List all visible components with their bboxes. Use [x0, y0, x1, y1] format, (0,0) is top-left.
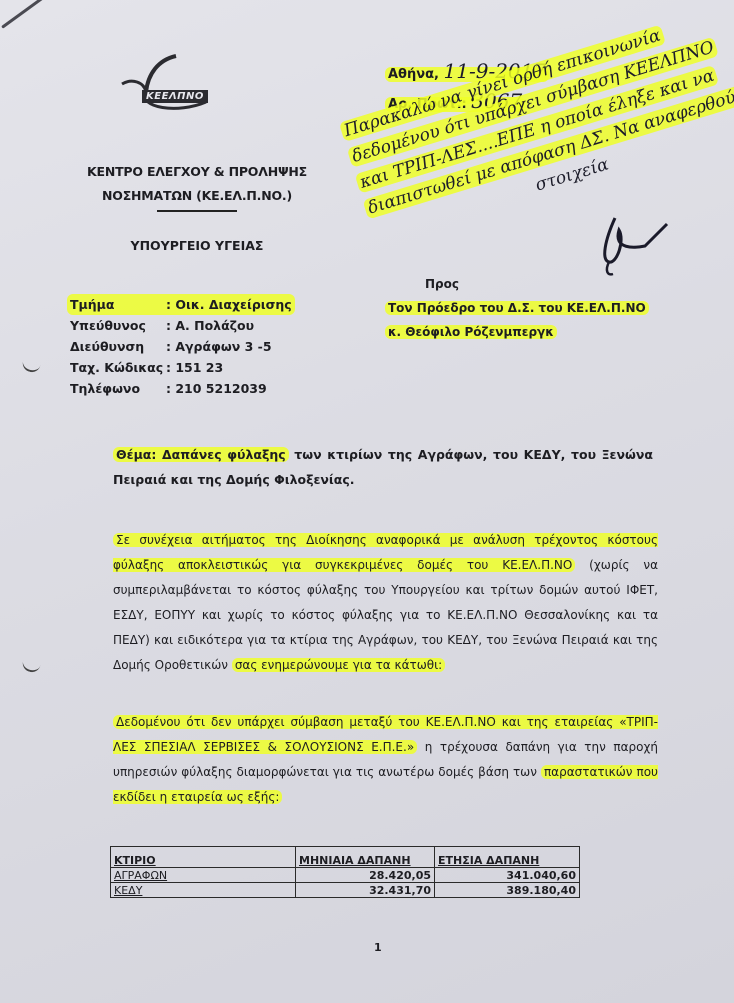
recipient-block: Προς Τον Πρόεδρο του Δ.Σ. του ΚΕ.ΕΛ.Π.ΝΟ… [385, 272, 649, 344]
logo-text: ΚΕΕΛΠΝΟ [142, 90, 208, 103]
info-row-postcode: Ταχ. Κώδικας: 151 23 [70, 357, 295, 378]
column-header: ΕΤΗΣΙΑ ΔΑΠΑΝΗ [435, 847, 580, 868]
punch-mark [21, 658, 41, 674]
document-page: ΚΕΕΛΠΝΟ ΚΕΝΤΡΟ ΕΛΕΓΧΟΥ & ΠΡΟΛΗΨΗΣ ΝΟΣΗΜΑ… [0, 0, 734, 1003]
to-label: Προς [385, 272, 649, 296]
staple-mark [1, 0, 67, 29]
paragraph-1: Σε συνέχεια αιτήματος της Διοίκησης αναφ… [113, 528, 658, 678]
recipient-name: κ. Θεόφιλο Ρόζενμπεργκ [385, 325, 557, 339]
organization-name: ΚΕΝΤΡΟ ΕΛΕΓΧΟΥ & ΠΡΟΛΗΨΗΣ ΝΟΣΗΜΑΤΩΝ (ΚΕ.… [82, 160, 312, 212]
cost-table: ΚΤΙΡΙΟ ΜΗΝΙΑΙΑ ΔΑΠΑΝΗ ΕΤΗΣΙΑ ΔΑΠΑΝΗ ΑΓΡΑ… [110, 846, 580, 898]
column-header: ΜΗΝΙΑΙΑ ΔΑΠΑΝΗ [296, 847, 435, 868]
subject: Θέμα: Δαπάνες φύλαξης των κτιρίων της Αγ… [113, 442, 653, 492]
punch-mark [21, 358, 41, 374]
recipient-title: Τον Πρόεδρο του Δ.Σ. του ΚΕ.ΕΛ.Π.ΝΟ [385, 301, 649, 315]
org-line-2: ΝΟΣΗΜΑΤΩΝ (ΚΕ.ΕΛ.Π.ΝΟ.) [82, 184, 312, 208]
bird-icon [118, 52, 228, 112]
logo: ΚΕΕΛΠΝΟ [118, 52, 228, 112]
paragraph-2: Δεδομένου ότι δεν υπάρχει σύμβαση μεταξύ… [113, 710, 658, 810]
info-row-address: Διεύθυνση: Αγράφων 3 -5 [70, 336, 295, 357]
table-row: ΑΓΡΑΦΩΝ 28.420,05 341.040,60 [111, 868, 580, 883]
sender-info: Τμήμα: Οικ. Διαχείρισης Υπεύθυνος: Α. Πο… [70, 294, 295, 399]
table-header-row: ΚΤΙΡΙΟ ΜΗΝΙΑΙΑ ΔΑΠΑΝΗ ΕΤΗΣΙΑ ΔΑΠΑΝΗ [111, 847, 580, 868]
ministry-name: ΥΠΟΥΡΓΕΙΟ ΥΓΕΙΑΣ [82, 238, 312, 253]
subject-label: Θέμα: Δαπάνες φύλαξης [113, 447, 289, 462]
divider [157, 210, 237, 212]
signature-icon [595, 210, 675, 280]
page-number: 1 [374, 941, 382, 954]
info-row-responsible: Υπεύθυνος: Α. Πολάζου [70, 315, 295, 336]
info-row-department: Τμήμα: Οικ. Διαχείρισης [70, 294, 295, 315]
org-line-1: ΚΕΝΤΡΟ ΕΛΕΓΧΟΥ & ΠΡΟΛΗΨΗΣ [82, 160, 312, 184]
info-row-phone: Τηλέφωνο: 210 5212039 [70, 378, 295, 399]
table-row: ΚΕΔΥ 32.431,70 389.180,40 [111, 883, 580, 898]
column-header: ΚΤΙΡΙΟ [111, 847, 296, 868]
